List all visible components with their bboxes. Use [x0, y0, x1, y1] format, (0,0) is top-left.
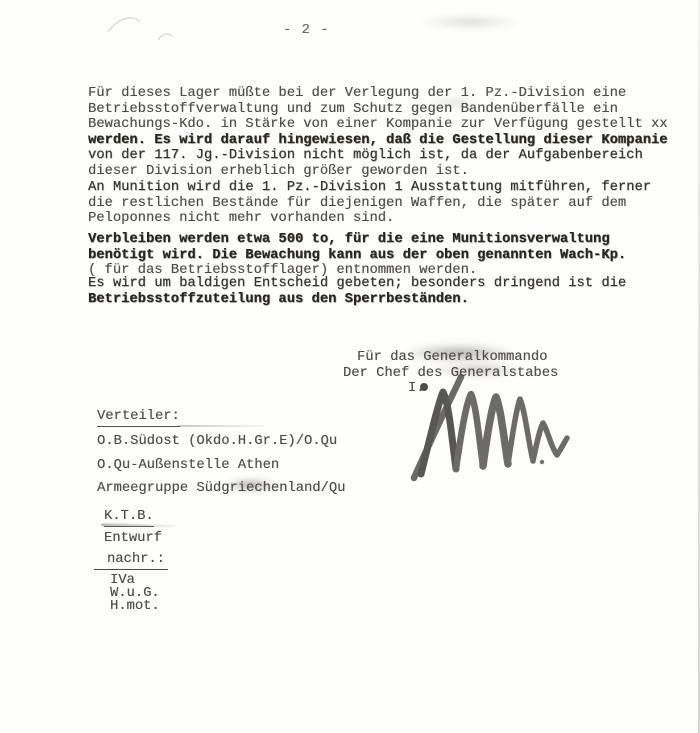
text-line: Verbleiben werden etwa 500 to, für die e… — [88, 232, 626, 248]
text-line: Betriebsstoffzuteilung aus den Sperrbest… — [88, 292, 626, 308]
paragraph: Verbleiben werden etwa 500 to, für die e… — [88, 232, 626, 279]
nachr-label: nachr.: — [107, 552, 168, 570]
distribution-item: Armeegruppe Südgriechenland/Qu — [97, 481, 345, 497]
distribution-heading-label: Verteiler: — [97, 409, 180, 427]
distribution-item: O.B.Südost (Okdo.H.Gr.E)/O.Qu — [97, 434, 337, 450]
text-line: benötigt wird. Die Bewachung kann aus de… — [88, 248, 626, 264]
paragraph: Es wird um baldigen Entscheid gebeten; b… — [88, 276, 626, 307]
text-line: Es wird um baldigen Entscheid gebeten; b… — [88, 276, 626, 292]
nachr-text: nachr.: — [94, 552, 168, 570]
pencil-mark-icon — [108, 18, 172, 40]
text-line: Betriebsstoffverwaltung und zum Schutz g… — [88, 102, 668, 118]
signature-role-line: Der Chef des Generalstabes — [343, 366, 558, 382]
recipient-item: H.mot. — [110, 599, 160, 615]
scanned-document-page: - 2 - Für dieses Lager müßte bei der Ver… — [0, 0, 700, 733]
signature-initials: I. — [408, 381, 425, 397]
signature-org-line: Für das Generalkommando — [357, 350, 547, 366]
text-line: dieser Division erheblich größer geworde… — [88, 164, 668, 180]
ink-smudge — [418, 15, 522, 29]
underline-smear — [178, 425, 266, 427]
page-number: - 2 - — [283, 23, 329, 39]
text-line: werden. Es wird darauf hingewiesen, daß … — [88, 133, 668, 149]
text-line: Bewachungs-Kdo. in Stärke von einer Komp… — [88, 117, 668, 133]
distribution-item: O.Qu-Außenstelle Athen — [97, 458, 279, 474]
text-line: die restlichen Bestände für diejenigen W… — [88, 196, 651, 212]
underline-smear — [101, 523, 177, 527]
text-line: Für dieses Lager müßte bei der Verlegung… — [88, 86, 668, 102]
text-line: An Munition wird die 1. Pz.-Division 1 A… — [88, 180, 651, 196]
text-line: von der 117. Jg.-Division nicht möglich … — [88, 148, 668, 164]
distribution-heading: Verteiler: — [97, 409, 180, 427]
paragraph: Für dieses Lager müßte bei der Verlegung… — [88, 86, 668, 180]
text-line: Peloponnes nicht mehr vorhanden sind. — [88, 211, 651, 227]
draft-label: Entwurf — [104, 531, 162, 547]
paragraph: An Munition wird die 1. Pz.-Division 1 A… — [88, 180, 651, 227]
